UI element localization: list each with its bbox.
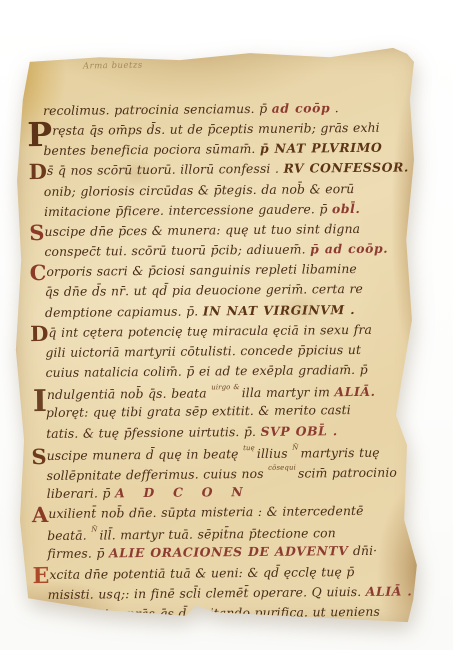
body-text: tatis. & tuę p̄fessione uirtutis. p̄. bbox=[46, 423, 261, 440]
rubric-text: ALIĀ . bbox=[366, 583, 413, 598]
rubric-text: IN NAT VIRGINVM . bbox=[203, 302, 355, 318]
manuscript-leaf-shadow: Arma buetzs recolimus. patrocinia sencia… bbox=[13, 45, 423, 628]
owner-inscription: Arma buetzs bbox=[83, 60, 143, 71]
body-text: beatā. bbox=[47, 528, 91, 543]
rubric-text: p̄ ad coōp. bbox=[310, 241, 388, 257]
manuscript-leaf: Arma buetzs recolimus. patrocinia sencia… bbox=[13, 45, 423, 628]
interlinear-gloss: N̄ bbox=[292, 443, 298, 451]
decorated-initial: D bbox=[29, 159, 48, 184]
body-text: firmes. p̄ bbox=[47, 546, 109, 562]
body-text: q̄ int cętera potencię tuę miracula ęciā… bbox=[48, 322, 372, 340]
body-text: s̄ q̄ nos scōrū tuorū. illorū confessi . bbox=[47, 161, 284, 178]
body-text: recolimus. patrocinia senciamus. p̄ bbox=[43, 101, 272, 118]
body-text: misisti. usq;: in finē scl̄i clemēt̄ ope… bbox=[48, 584, 366, 602]
body-text: ploręt: quę tibi grata sēp extitit. & me… bbox=[46, 402, 351, 420]
rubric-text: RV CONFESSOR. bbox=[283, 160, 408, 176]
body-text: ndulgentiā nob̄ q̄s. beata bbox=[47, 386, 211, 403]
interlinear-gloss: tuę bbox=[243, 444, 255, 452]
decorated-initial: D bbox=[30, 321, 49, 346]
body-text: bentes beneficia pociora sūmam̄. bbox=[43, 141, 260, 158]
interlinear-gloss: N̄ bbox=[91, 526, 97, 534]
decorated-initial: E bbox=[32, 563, 49, 589]
decorated-initial: C bbox=[33, 603, 51, 629]
decorated-initial: S bbox=[29, 220, 45, 245]
decorated-initial: S bbox=[31, 444, 47, 469]
text-block: recolimus. patrocinia senciamus. p̄ ad c… bbox=[43, 99, 414, 627]
body-text: gili uictoriā martyrii cōtulisti. conced… bbox=[45, 342, 361, 360]
manuscript-line: Conscientias nrās q̄s d̄ uisitando purif… bbox=[48, 603, 414, 627]
rubric-text: p̄ NAT PLVRIMO bbox=[260, 140, 382, 156]
body-text: onscientias nrās q̄s d̄ uisitando purifi… bbox=[50, 604, 379, 622]
interlinear-gloss: cōsequi bbox=[268, 463, 296, 471]
body-text: conspec̄t tui. scōrū tuorū p̄cib; adiuue… bbox=[44, 242, 310, 260]
body-text: cuius natalicia colim̄. p̄ ei ad te exēp… bbox=[46, 362, 368, 380]
body-text: uxilient̄ nob̄ dn̄e. sūpta misteria : & … bbox=[48, 503, 363, 521]
interlinear-gloss: uirgo & bbox=[211, 383, 240, 391]
rubric-text: ALIE ORACIONES DE ADVENTV bbox=[109, 544, 349, 561]
body-text: orporis sacri & p̄ciosi sanguinis replet… bbox=[46, 261, 357, 279]
body-text: uscipe munera d̄ quę in beatę bbox=[47, 446, 244, 463]
body-text: demptione capiamus. p̄. bbox=[45, 303, 203, 320]
body-text: ill̄. martyr tuā. sēpit̄na p̄tectione co… bbox=[99, 525, 335, 542]
body-text: imitacione p̄ficere. intercessione gaude… bbox=[44, 201, 332, 219]
body-text: ręsta q̄s om̄ps d̄s. ut de p̄ceptis mune… bbox=[52, 120, 380, 138]
rubric-text: SVP OBL̄ . bbox=[260, 423, 337, 439]
body-text: liberari. p̄ bbox=[47, 485, 115, 501]
body-text: martyris tuę bbox=[300, 444, 379, 460]
decorated-initial: A bbox=[32, 502, 49, 527]
rubric-text: obl̄. bbox=[332, 201, 361, 216]
body-text: uscipe dn̄e p̄ces & munera: quę ut tuo s… bbox=[44, 221, 360, 239]
body-text: illa martyr im bbox=[242, 384, 335, 400]
body-text: q̄s dn̄e d̄s nr̄. ut qd̄ pia deuocione g… bbox=[45, 281, 363, 299]
body-text: xcita dn̄e potentiā tuā & ueni: & qd̄ ęc… bbox=[49, 564, 354, 582]
body-text: onib; gloriosis circūdas & p̄tegis. da n… bbox=[44, 181, 355, 199]
rubric-text: ALIĀ. bbox=[334, 384, 375, 399]
body-text: dn̄i· bbox=[348, 543, 377, 558]
body-text: scim̄ patrocinio bbox=[298, 464, 397, 480]
body-text: illius bbox=[257, 445, 292, 460]
body-text: sollēpnitate defferimus. cuius nos bbox=[47, 466, 269, 483]
rubric-text: A D C O N bbox=[115, 484, 250, 500]
body-text: . bbox=[330, 100, 339, 115]
decorated-initial: C bbox=[30, 260, 47, 285]
photo-background: Arma buetzs recolimus. patrocinia sencia… bbox=[0, 0, 453, 650]
rubric-text: ad coōp bbox=[272, 100, 331, 116]
